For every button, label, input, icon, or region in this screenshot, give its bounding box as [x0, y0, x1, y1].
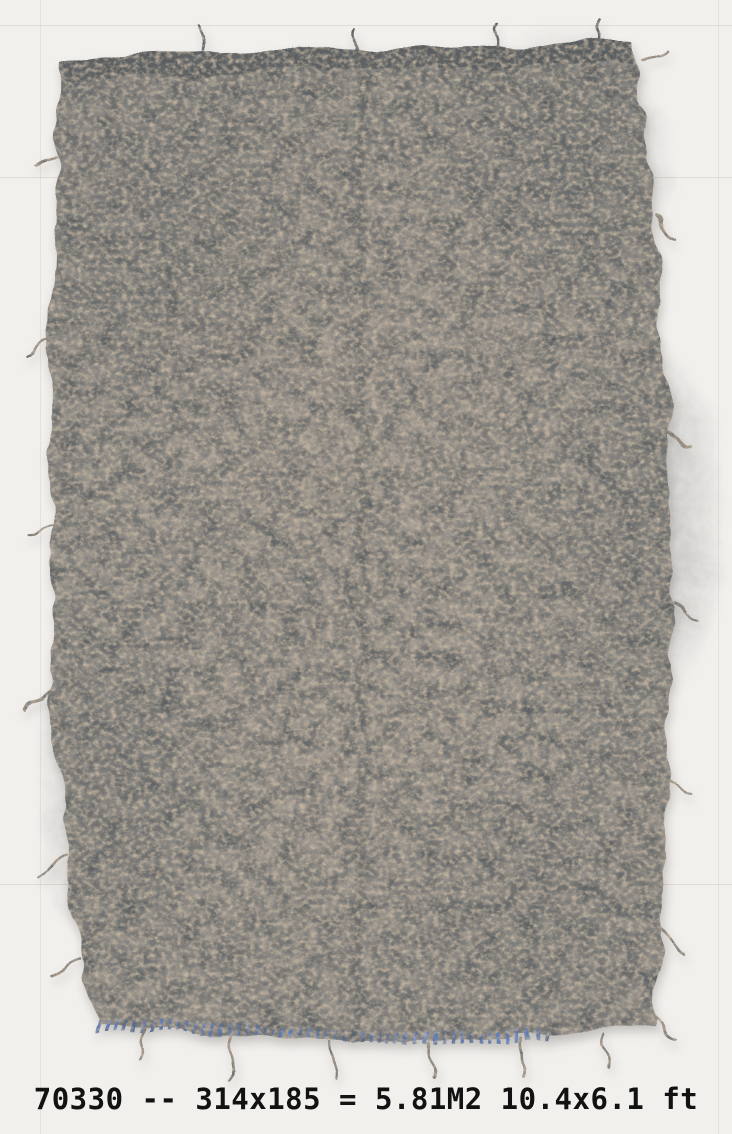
- rug-photo: [0, 0, 732, 1134]
- caption: 70330 -- 314x185 = 5.81M2 10.4x6.1 ft: [0, 1082, 732, 1116]
- rug-image: [0, 0, 732, 1134]
- product-photo: 70330 -- 314x185 = 5.81M2 10.4x6.1 ft: [0, 0, 732, 1134]
- rug-shape: [26, 20, 730, 1080]
- caption-text: 70330 -- 314x185 = 5.81M2 10.4x6.1 ft: [34, 1082, 699, 1116]
